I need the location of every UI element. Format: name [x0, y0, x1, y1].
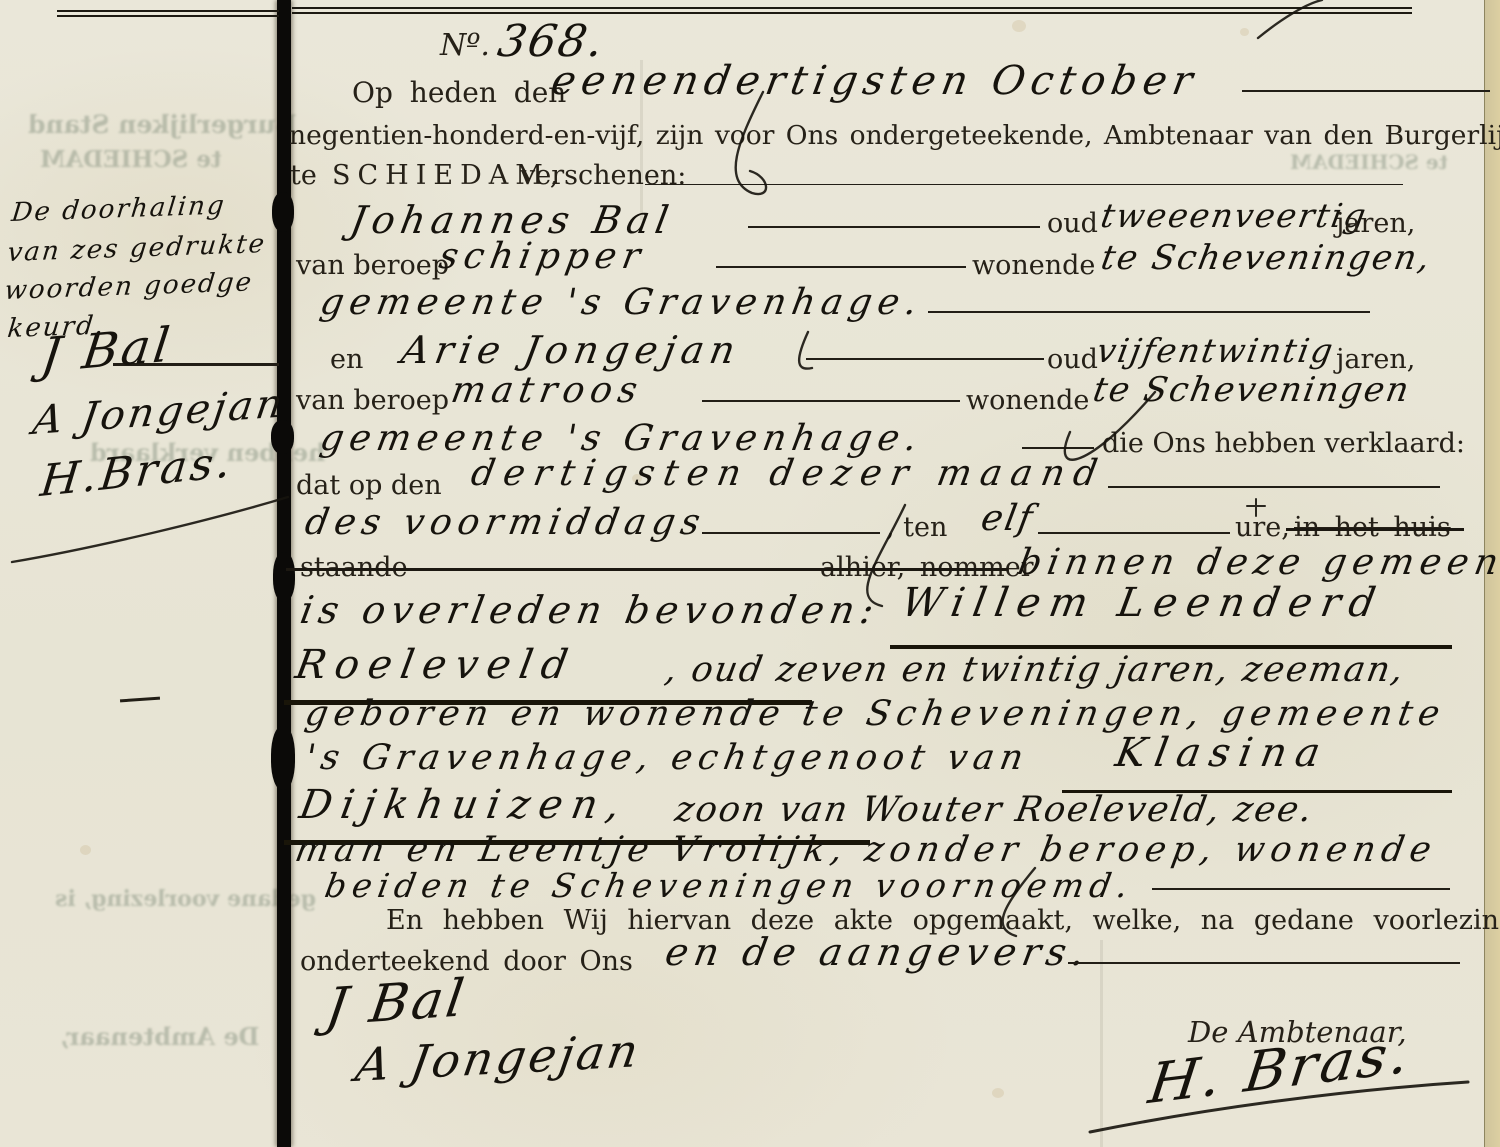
margin-note-line: van zes gedrukte — [6, 229, 268, 268]
en-label: en — [330, 344, 363, 375]
spine-ink-blob — [271, 726, 295, 790]
spine-ink-blob — [273, 552, 295, 602]
dat-op-den-label: dat op den — [296, 470, 442, 501]
filler-dash — [1108, 486, 1440, 488]
paper-stain — [1012, 20, 1026, 32]
filler-dash — [702, 400, 960, 402]
ten-label: , ten — [886, 512, 947, 543]
name-underline — [890, 645, 1452, 649]
death-location: binnen deze gemeente — [1015, 542, 1500, 583]
spouse-surname: Dijkhuizen, — [296, 782, 632, 828]
jaren-label: jaren, — [1336, 208, 1415, 239]
filler-dash — [806, 358, 1044, 360]
filler-line — [645, 184, 1403, 185]
filler-dash — [1038, 532, 1230, 534]
deceased-gravenhage-line: 's Gravenhage, echtgenoot van — [302, 738, 1032, 778]
parents-line3: beiden te Scheveningen voornoemd. — [322, 866, 1137, 905]
declarant1-age: tweeenveertig — [1098, 196, 1371, 235]
filler-dash — [1022, 447, 1094, 449]
bleedthrough-text: te SCHIEDAM — [40, 146, 221, 173]
closing-line2-handwritten: en de aangevers. — [662, 930, 1094, 974]
filler-dash — [1068, 962, 1460, 964]
deceased-born-line: geboren en wonende te Scheveningen, geme… — [302, 694, 1449, 734]
oud-label: oud — [1047, 208, 1098, 239]
paper-stain — [80, 845, 91, 855]
parents-line2: man en Leentje Vrolijk, zonder beroep, w… — [292, 830, 1440, 870]
strikethrough-bar — [286, 568, 1008, 571]
paper-stain — [992, 1088, 1004, 1098]
death-registration-date: eenendertigsten October — [548, 58, 1202, 104]
declarant2-name: Arie Jongejan — [398, 328, 744, 372]
margin-signature-bras: H.Bras. — [38, 436, 236, 507]
van-beroep-label: van beroep — [296, 250, 449, 281]
margin-note-line: woorden goedge — [3, 267, 255, 306]
paper-crease — [1100, 940, 1103, 1147]
declarant1-residence: te Scheveningen, — [1098, 238, 1435, 278]
te-label: te — [290, 160, 317, 191]
spouse-first-name: Klasina — [1112, 730, 1333, 776]
deceased-first-names: Willem Leenderd — [898, 580, 1388, 626]
death-hour: elf — [978, 498, 1037, 539]
declarant2-signature: A Jongejan — [352, 1023, 645, 1092]
declarant1-signature: J Bal — [322, 969, 470, 1038]
declarant2-age: vijfentwintig — [1094, 331, 1338, 370]
margin-stray-dash — [120, 697, 160, 703]
declarant1-municipality: gemeente 's Gravenhage. — [317, 282, 926, 323]
oud-label: oud — [1047, 344, 1098, 375]
bleedthrough-text: te SCHIEDAM — [1290, 150, 1448, 174]
filler-dash — [1242, 90, 1490, 92]
top-rule-right — [292, 7, 1412, 14]
verschenen-label: verschenen: — [520, 160, 686, 191]
death-time-of-day: des voormiddags — [302, 502, 709, 543]
wonende-label: wonende — [972, 250, 1095, 281]
death-certificate-page: Burgerlijken Stand te SCHIEDAM hebben ve… — [0, 0, 1500, 1147]
ure-label: ure, — [1235, 512, 1290, 543]
filler-dash — [716, 266, 966, 268]
margin-signature-jongejan: A Jongejan — [30, 381, 288, 444]
wonende-label: wonende — [966, 385, 1089, 416]
parents-line1: zoon van Wouter Roeleveld, zee. — [672, 790, 1317, 830]
paper-stain — [1240, 28, 1249, 36]
declarant2-residence: te Scheveningen — [1090, 370, 1414, 410]
declarant2-occupation: matroos — [448, 370, 646, 411]
deceased-surname: Roeleveld — [292, 642, 580, 688]
year-line: negentien-honderd-en-vijf, zijn voor Ons… — [289, 120, 1500, 151]
death-date: dertigsten dezer maand — [468, 453, 1109, 494]
filler-dash — [1152, 888, 1450, 890]
filler-dash — [702, 532, 880, 534]
act-number-label: Nº. — [440, 28, 490, 63]
filler-dash — [928, 311, 1370, 313]
bleedthrough-text: De Ambtenaar, — [60, 1022, 259, 1051]
deceased-details: , oud zeven en twintig jaren, zeeman, — [662, 650, 1408, 690]
van-beroep-label: van beroep — [296, 385, 449, 416]
top-rule-left — [57, 10, 279, 17]
verklaard-label: die Ons hebben verklaard: — [1102, 428, 1465, 459]
overleden-bevonden: is overleden bevonden: — [297, 588, 883, 632]
strikethrough-bar — [1286, 528, 1464, 531]
bleedthrough-text: Burgerlijken Stand — [28, 110, 297, 139]
margin-signature-bal: J Bal — [38, 317, 176, 384]
declarant1-occupation: schipper — [436, 236, 649, 277]
spine-ink-blob — [272, 192, 294, 232]
filler-dash — [748, 226, 1040, 228]
op-heden-den-label: Op heden den — [352, 76, 566, 109]
margin-note-line: De doorhaling — [10, 191, 227, 228]
